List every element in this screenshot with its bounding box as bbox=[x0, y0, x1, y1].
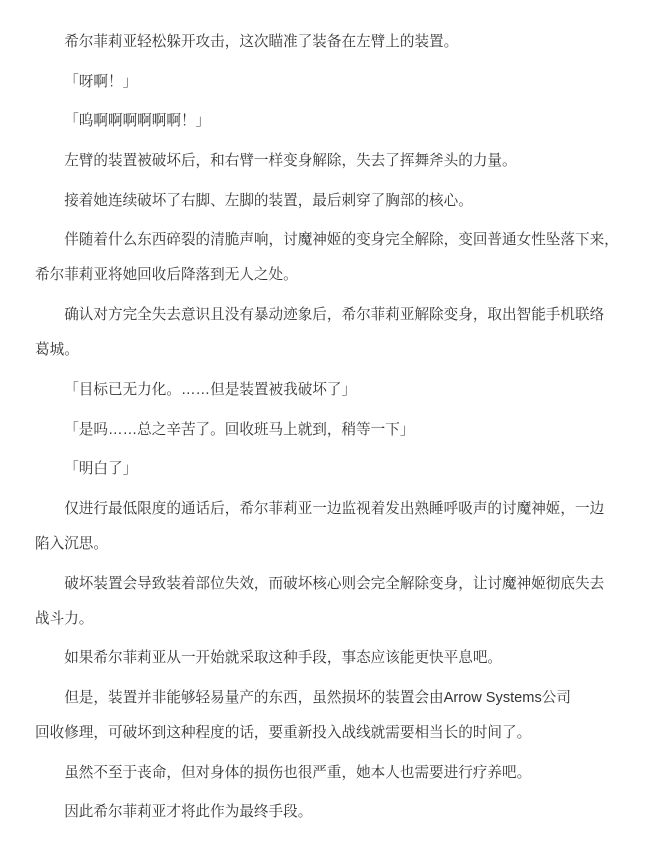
paragraph-12-line-2: 战斗力。 bbox=[35, 602, 620, 637]
paragraph-1: 希尔菲莉亚轻松躲开攻击，这次瞄准了装备在左臂上的装置。 bbox=[35, 25, 620, 60]
paragraph-12-line-1: 破坏装置会导致装着部位失效，而破坏核心则会完全解除变身，让讨魔神姬彻底失去 bbox=[35, 567, 620, 602]
paragraph-2-line-1: 「呀啊！」 bbox=[35, 65, 620, 100]
paragraph-15-line-1: 虽然不至于丧命，但对身体的损伤也很严重，她本人也需要进行疗养吧。 bbox=[35, 756, 620, 791]
paragraph-6: 伴随着什么东西碎裂的清脆声响，讨魔神姬的变身完全解除，变回普通女性坠落下来， 希… bbox=[35, 223, 620, 293]
paragraph-11-line-2: 陷入沉思。 bbox=[35, 527, 620, 562]
paragraph-14-line-1: 但是，装置并非能够轻易量产的东西，虽然损坏的装置会由Arrow Systems公… bbox=[35, 681, 620, 716]
paragraph-5: 接着她连续破坏了右脚、左脚的装置，最后刺穿了胸部的核心。 bbox=[35, 184, 620, 219]
paragraph-7-line-1: 确认对方完全失去意识且没有暴动迹象后，希尔菲莉亚解除变身，取出智能手机联络 bbox=[35, 298, 620, 333]
paragraph-5-line-1: 接着她连续破坏了右脚、左脚的装置，最后刺穿了胸部的核心。 bbox=[35, 184, 620, 219]
reader-page[interactable]: 希尔菲莉亚轻松躲开攻击，这次瞄准了装备在左臂上的装置。 「呀啊！」 「呜啊啊啊啊… bbox=[0, 0, 650, 850]
paragraph-8-line-1: 「目标已无力化。……但是装置被我破坏了」 bbox=[35, 373, 620, 408]
paragraph-9-line-1: 「是吗……总之辛苦了。回收班马上就到，稍等一下」 bbox=[35, 413, 620, 448]
paragraph-3-dialogue: 「呜啊啊啊啊啊啊！」 bbox=[35, 104, 620, 139]
paragraph-2-dialogue: 「呀啊！」 bbox=[35, 65, 620, 100]
paragraph-10-line-1: 「明白了」 bbox=[35, 452, 620, 487]
paragraph-4-line-1: 左臂的装置被破坏后，和右臂一样变身解除，失去了挥舞斧头的力量。 bbox=[35, 144, 620, 179]
paragraph-8-dialogue: 「目标已无力化。……但是装置被我破坏了」 bbox=[35, 373, 620, 408]
paragraph-6-line-1: 伴随着什么东西碎裂的清脆声响，讨魔神姬的变身完全解除，变回普通女性坠落下来， bbox=[35, 223, 620, 258]
paragraph-11-line-1: 仅进行最低限度的通话后，希尔菲莉亚一边监视着发出熟睡呼吸声的讨魔神姬，一边 bbox=[35, 492, 620, 527]
paragraph-14: 但是，装置并非能够轻易量产的东西，虽然损坏的装置会由Arrow Systems公… bbox=[35, 681, 620, 751]
paragraph-16: 因此希尔菲莉亚才将此作为最终手段。 bbox=[35, 795, 620, 830]
paragraph-14-line-2: 回收修理，可破坏到这种程度的话，要重新投入战线就需要相当长的时间了。 bbox=[35, 716, 620, 751]
paragraph-7: 确认对方完全失去意识且没有暴动迹象后，希尔菲莉亚解除变身，取出智能手机联络 葛城… bbox=[35, 298, 620, 368]
paragraph-16-line-1: 因此希尔菲莉亚才将此作为最终手段。 bbox=[35, 795, 620, 830]
paragraph-1-line-1: 希尔菲莉亚轻松躲开攻击，这次瞄准了装备在左臂上的装置。 bbox=[35, 25, 620, 60]
paragraph-15: 虽然不至于丧命，但对身体的损伤也很严重，她本人也需要进行疗养吧。 bbox=[35, 756, 620, 791]
paragraph-12: 破坏装置会导致装着部位失效，而破坏核心则会完全解除变身，让讨魔神姬彻底失去 战斗… bbox=[35, 567, 620, 637]
paragraph-6-line-2: 希尔菲莉亚将她回收后降落到无人之处。 bbox=[35, 258, 620, 293]
paragraph-9-dialogue: 「是吗……总之辛苦了。回收班马上就到，稍等一下」 bbox=[35, 413, 620, 448]
paragraph-3-line-1: 「呜啊啊啊啊啊啊！」 bbox=[35, 104, 620, 139]
paragraph-10-dialogue: 「明白了」 bbox=[35, 452, 620, 487]
paragraph-13: 如果希尔菲莉亚从一开始就采取这种手段，事态应该能更快平息吧。 bbox=[35, 641, 620, 676]
paragraph-13-line-1: 如果希尔菲莉亚从一开始就采取这种手段，事态应该能更快平息吧。 bbox=[35, 641, 620, 676]
paragraph-11: 仅进行最低限度的通话后，希尔菲莉亚一边监视着发出熟睡呼吸声的讨魔神姬，一边 陷入… bbox=[35, 492, 620, 562]
paragraph-4: 左臂的装置被破坏后，和右臂一样变身解除，失去了挥舞斧头的力量。 bbox=[35, 144, 620, 179]
paragraph-7-line-2: 葛城。 bbox=[35, 333, 620, 368]
